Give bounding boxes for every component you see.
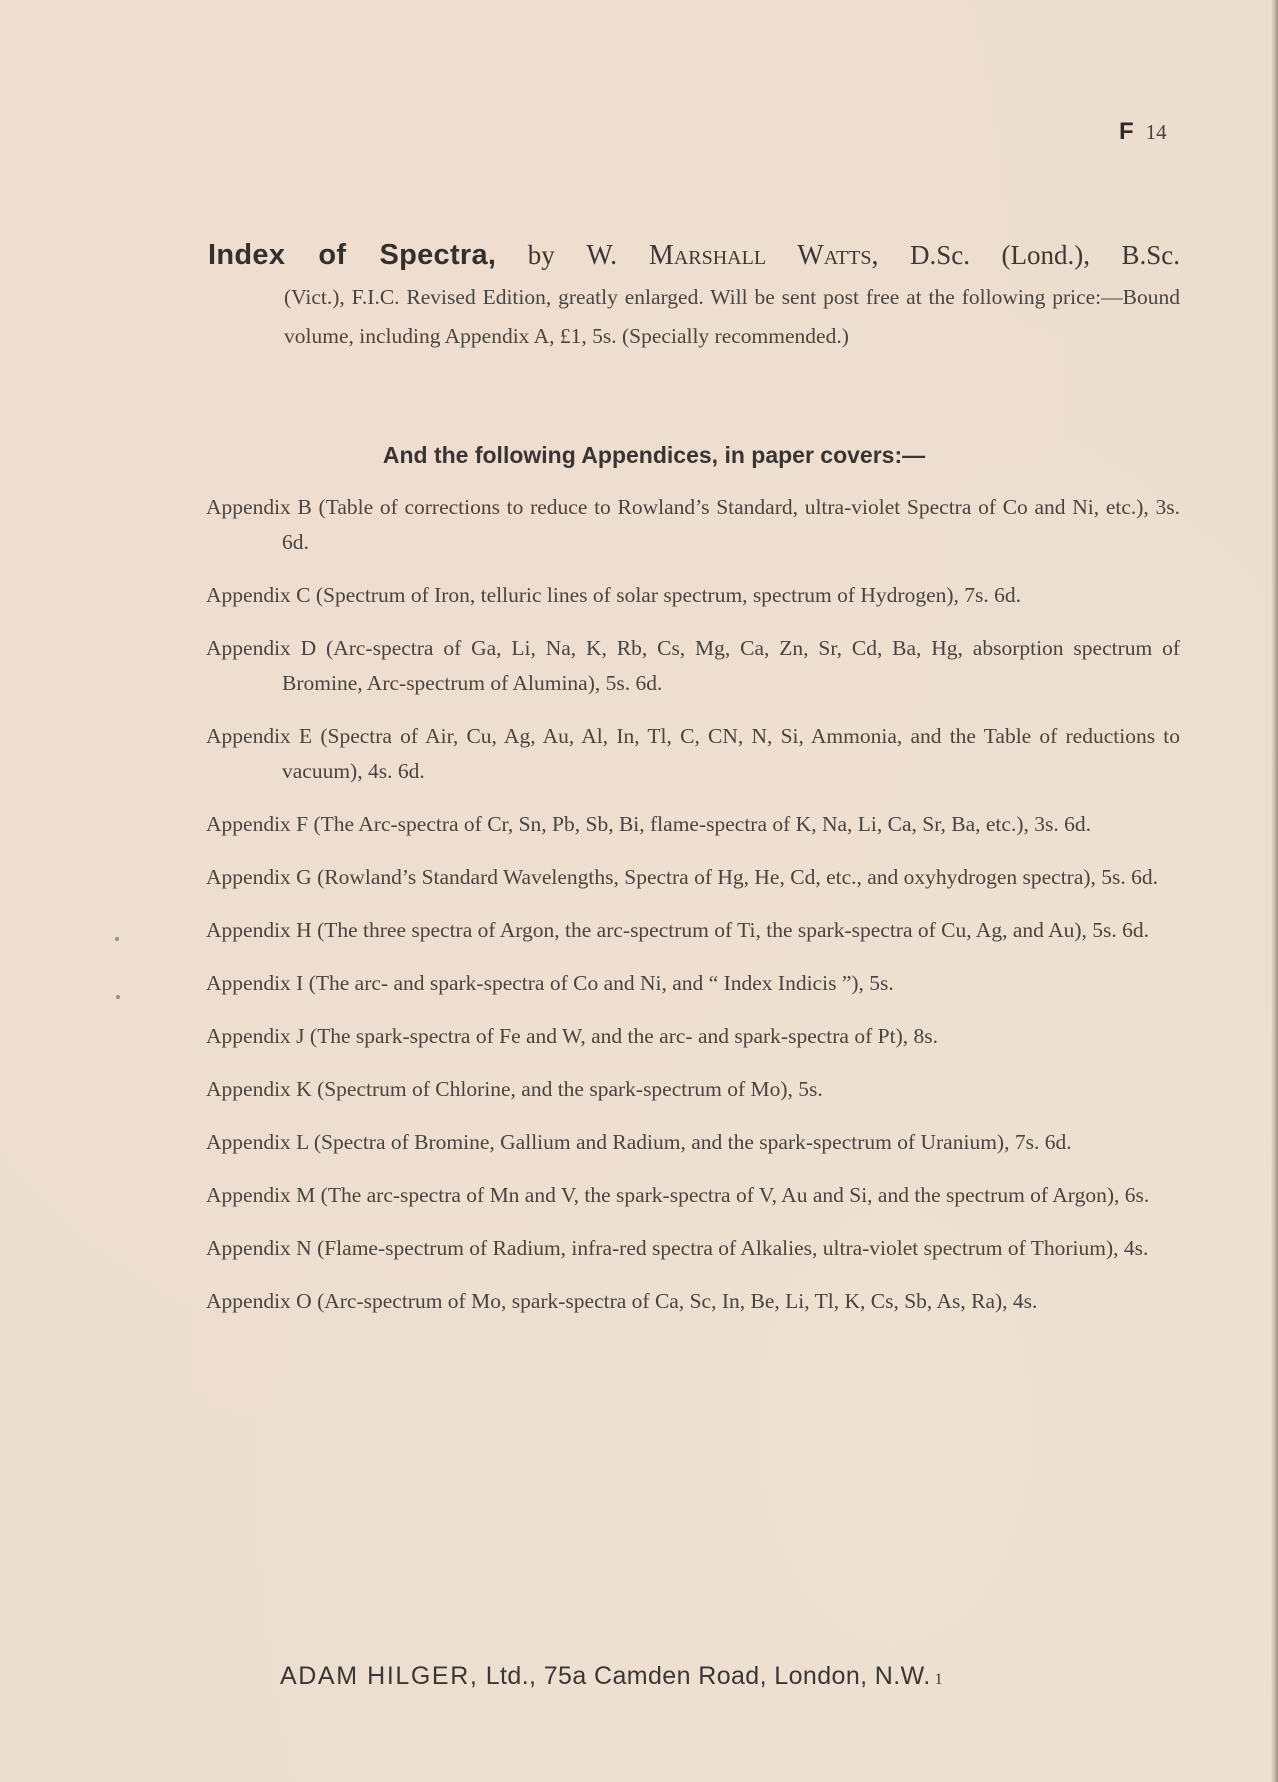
appendix-item-n: Appendix N (Flame-spectrum of Radium, in… (206, 1231, 1180, 1266)
book-description: (Vict.), F.I.C. Revised Edition, greatly… (284, 278, 1180, 356)
title-line: Index of Spectra, by W. Marshall Watts, … (208, 236, 1180, 275)
paper-speck (115, 937, 119, 941)
section-letter: F (1119, 118, 1134, 146)
appendix-item-o: Appendix O (Arc-spectrum of Mo, spark-sp… (206, 1284, 1180, 1319)
appendix-item-j: Appendix J (The spark-spectra of Fe and … (206, 1019, 1180, 1054)
by-word: by (528, 240, 555, 270)
postal-district: 1 (935, 1671, 943, 1688)
appendix-item-c: Appendix C (Spectrum of Iron, telluric l… (206, 578, 1180, 613)
appendix-item-k: Appendix K (Spectrum of Chlorine, and th… (206, 1072, 1180, 1107)
paper-speck (116, 995, 120, 999)
book-entry: Index of Spectra, by W. Marshall Watts, … (208, 236, 1180, 356)
page-number-value: 14 (1146, 120, 1167, 145)
author-credentials: D.Sc. (Lond.), B.Sc. (910, 240, 1180, 270)
appendix-item-g: Appendix G (Rowland’s Standard Wavelengt… (206, 860, 1180, 895)
appendix-item-e: Appendix E (Spectra of Air, Cu, Ag, Au, … (206, 719, 1180, 789)
publisher-name: ADAM HILGER, (280, 1662, 478, 1690)
appendix-item-i: Appendix I (The arc- and spark-spectra o… (206, 966, 1180, 1001)
appendix-item-l: Appendix L (Spectra of Bromine, Gallium … (206, 1125, 1180, 1160)
page-edge-shadow (1271, 0, 1278, 1782)
appendix-item-m: Appendix M (The arc-spectra of Mn and V,… (206, 1178, 1180, 1213)
appendix-item-h: Appendix H (The three spectra of Argon, … (206, 913, 1180, 948)
appendix-list: Appendix B (Table of corrections to redu… (206, 490, 1180, 1337)
appendix-item-d: Appendix D (Arc-spectra of Ga, Li, Na, K… (206, 631, 1180, 701)
appendix-item-f: Appendix F (The Arc-spectra of Cr, Sn, P… (206, 807, 1180, 842)
appendix-item-b: Appendix B (Table of corrections to redu… (206, 490, 1180, 560)
publisher-address: Ltd., 75a Camden Road, London, N.W. (478, 1662, 930, 1690)
author-name: W. Marshall Watts, (586, 240, 878, 271)
book-title: Index of Spectra, (208, 239, 496, 271)
appendices-heading: And the following Appendices, in paper c… (0, 442, 1278, 469)
page-number: F 14 (1119, 118, 1167, 146)
publisher-footer: ADAM HILGER, Ltd., 75a Camden Road, Lond… (280, 1662, 943, 1691)
